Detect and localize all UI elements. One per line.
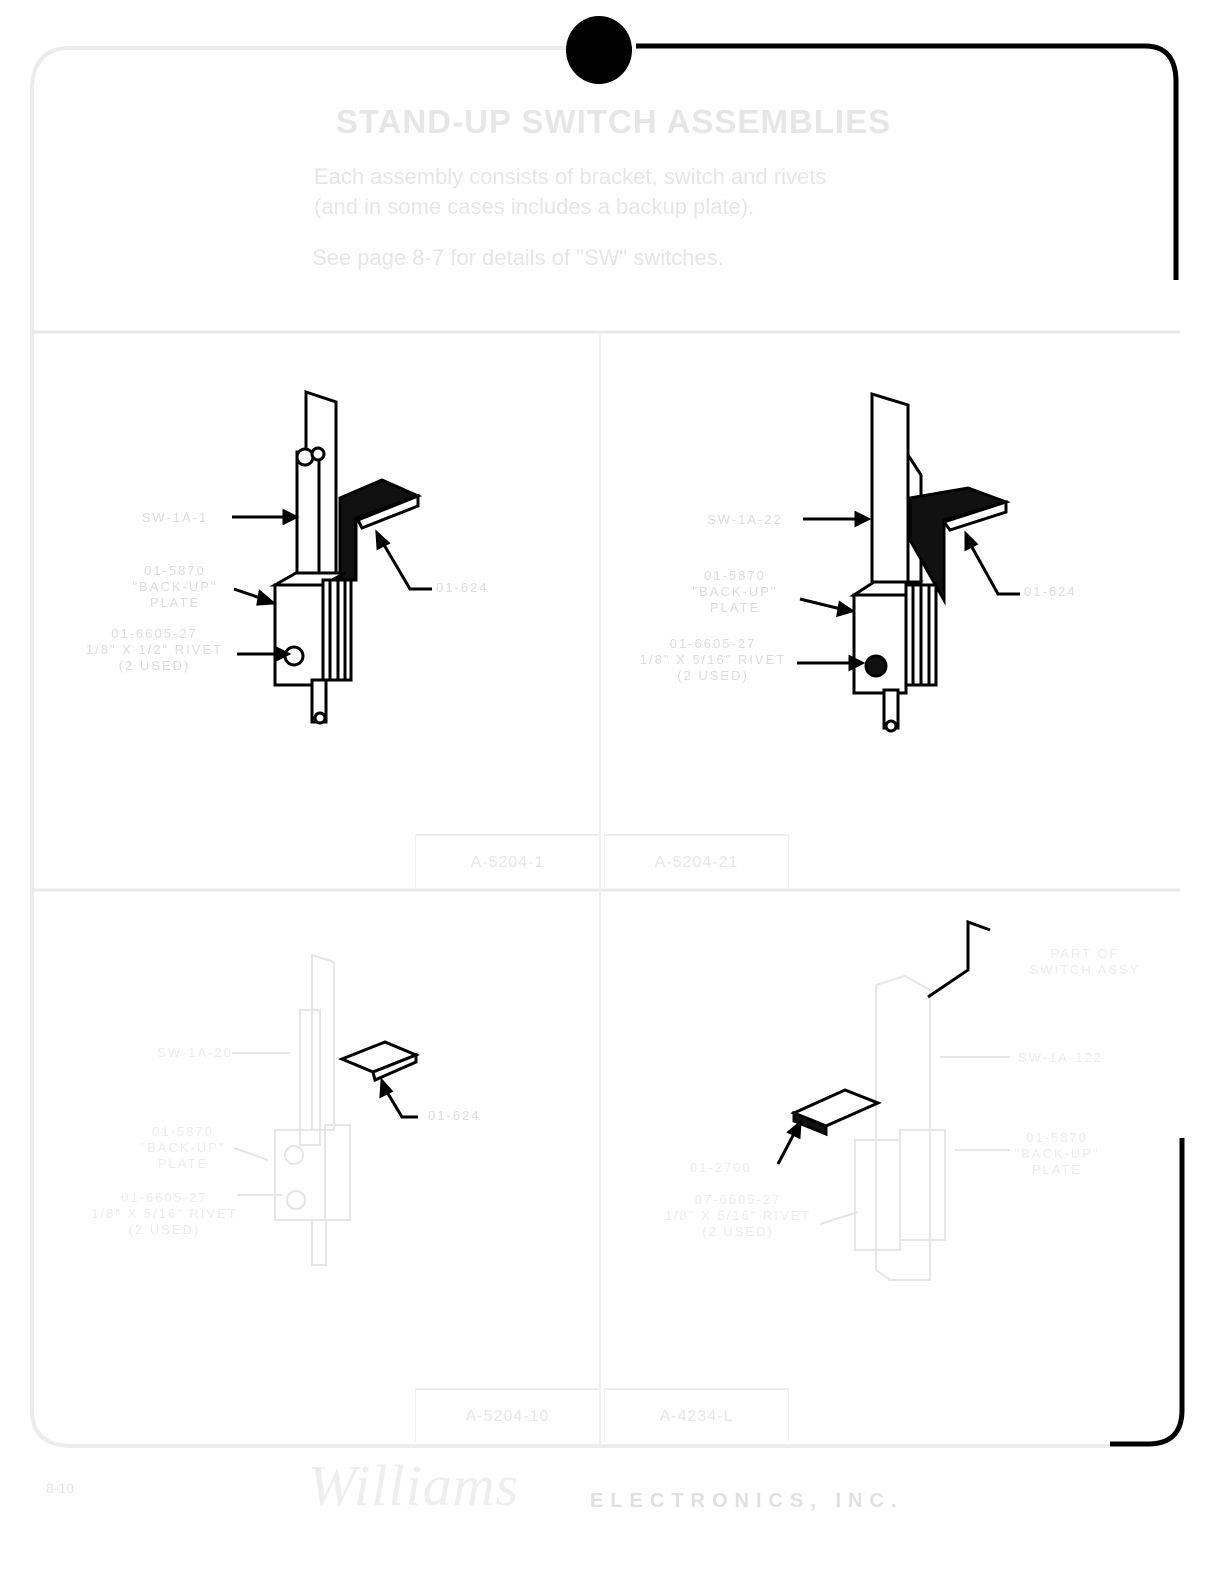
page-number: 8-10 (46, 1480, 74, 1496)
assembly-number-3: A-5204-10 (415, 1388, 600, 1442)
brand-logo: Williams (308, 1452, 519, 1519)
panel-2-backup-plate-label: 01-5870 "BACK-UP" PLATE (680, 568, 790, 616)
panel-3-rivet-label: 01-6605-27 1/8" X 5/16" RIVET (2 USED) (72, 1190, 257, 1238)
company-name: ELECTRONICS, INC. (590, 1490, 903, 1513)
assembly-number-2: A-5204-21 (604, 834, 789, 888)
panel-4-backup-plate-label: 01-5870 "BACK-UP" PLATE (1002, 1130, 1112, 1178)
panel-3-bracket-label: 01-624 (428, 1108, 480, 1124)
panel-2-bracket-label: 01-624 (1024, 584, 1076, 600)
panel-1-bracket-label: 01-624 (436, 580, 488, 596)
assembly-number-1: A-5204-1 (415, 834, 600, 888)
panel-4-switch-label: SW-1A-122 (1018, 1050, 1103, 1066)
panel-4-bracket-label: 01-2700 (690, 1160, 752, 1176)
panel-2-rivet-label: 01-6605-27 1/8" X 5/16" RIVET (2 USED) (628, 636, 798, 684)
panel-1-backup-plate-label: 01-5870 "BACK-UP" PLATE (120, 563, 230, 611)
panel-3-switch-label: SW-1A-20 (140, 1045, 250, 1061)
panel-4-rivet-label: 07-6605-27 1/8" X 5/16" RIVET (2 USED) (648, 1192, 828, 1240)
assembly-number-4: A-4234-L (604, 1388, 789, 1442)
panel-4-part-of-label: PART OF SWITCH ASSY (1000, 946, 1170, 978)
switch-assembly-drawing-4 (0, 0, 1227, 1586)
panel-3-backup-plate-label: 01-5870 "BACK-UP" PLATE (128, 1124, 238, 1172)
panel-2-switch-label: SW-1A-22 (690, 512, 800, 528)
panel-1-rivet-label: 01-6605-27 1/8" X 1/2" RIVET (2 USED) (72, 626, 237, 674)
panel-1-switch-label: SW-1A-1 (120, 510, 230, 526)
